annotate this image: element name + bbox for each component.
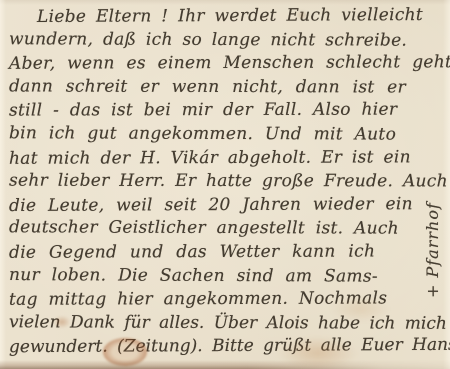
letter-line: dann schreit er wenn nicht, dann ist er <box>9 75 444 100</box>
letter-line: wundern, daß ich so lange nicht schreibe… <box>9 28 444 53</box>
letter-line: hat mich der H. Vikár abgeholt. Er ist e… <box>9 146 444 171</box>
margin-annotation-vertical: + Pfarrhof <box>421 126 445 298</box>
letter-line: vielen Dank für alles. Über Alois habe i… <box>9 311 444 336</box>
letter-line: tag mittag hier angekommen. Nochmals <box>9 287 444 312</box>
letter-line: Liebe Eltern ! Ihr werdet Euch vielleich… <box>9 4 444 30</box>
letter-line: sehr lieber Herr. Er hatte große Freude.… <box>9 170 444 194</box>
letter-line: die Leute, weil seit 20 Jahren wieder ei… <box>9 193 444 218</box>
letter-line: Aber, wenn es einem Menschen schlecht ge… <box>9 51 444 76</box>
letter-line: still - das ist bei mir der Fall. Also h… <box>9 99 444 124</box>
paper-bottom-edge <box>0 360 450 369</box>
letter-body: Liebe Eltern ! Ihr werdet Euch vielleich… <box>9 5 444 359</box>
letter-line: bin ich gut angekommen. Und mit Auto <box>9 122 444 147</box>
letter-line: die Gegend und das Wetter kann ich <box>9 240 444 265</box>
letter-line: nur loben. Die Sachen sind am Sams- <box>9 264 444 289</box>
letter-page: Liebe Eltern ! Ihr werdet Euch vielleich… <box>0 0 450 369</box>
letter-line: gewundert. (Zeitung). Bitte grüßt alle E… <box>9 334 444 360</box>
letter-line: deutscher Geistlicher angestellt ist. Au… <box>9 217 444 242</box>
